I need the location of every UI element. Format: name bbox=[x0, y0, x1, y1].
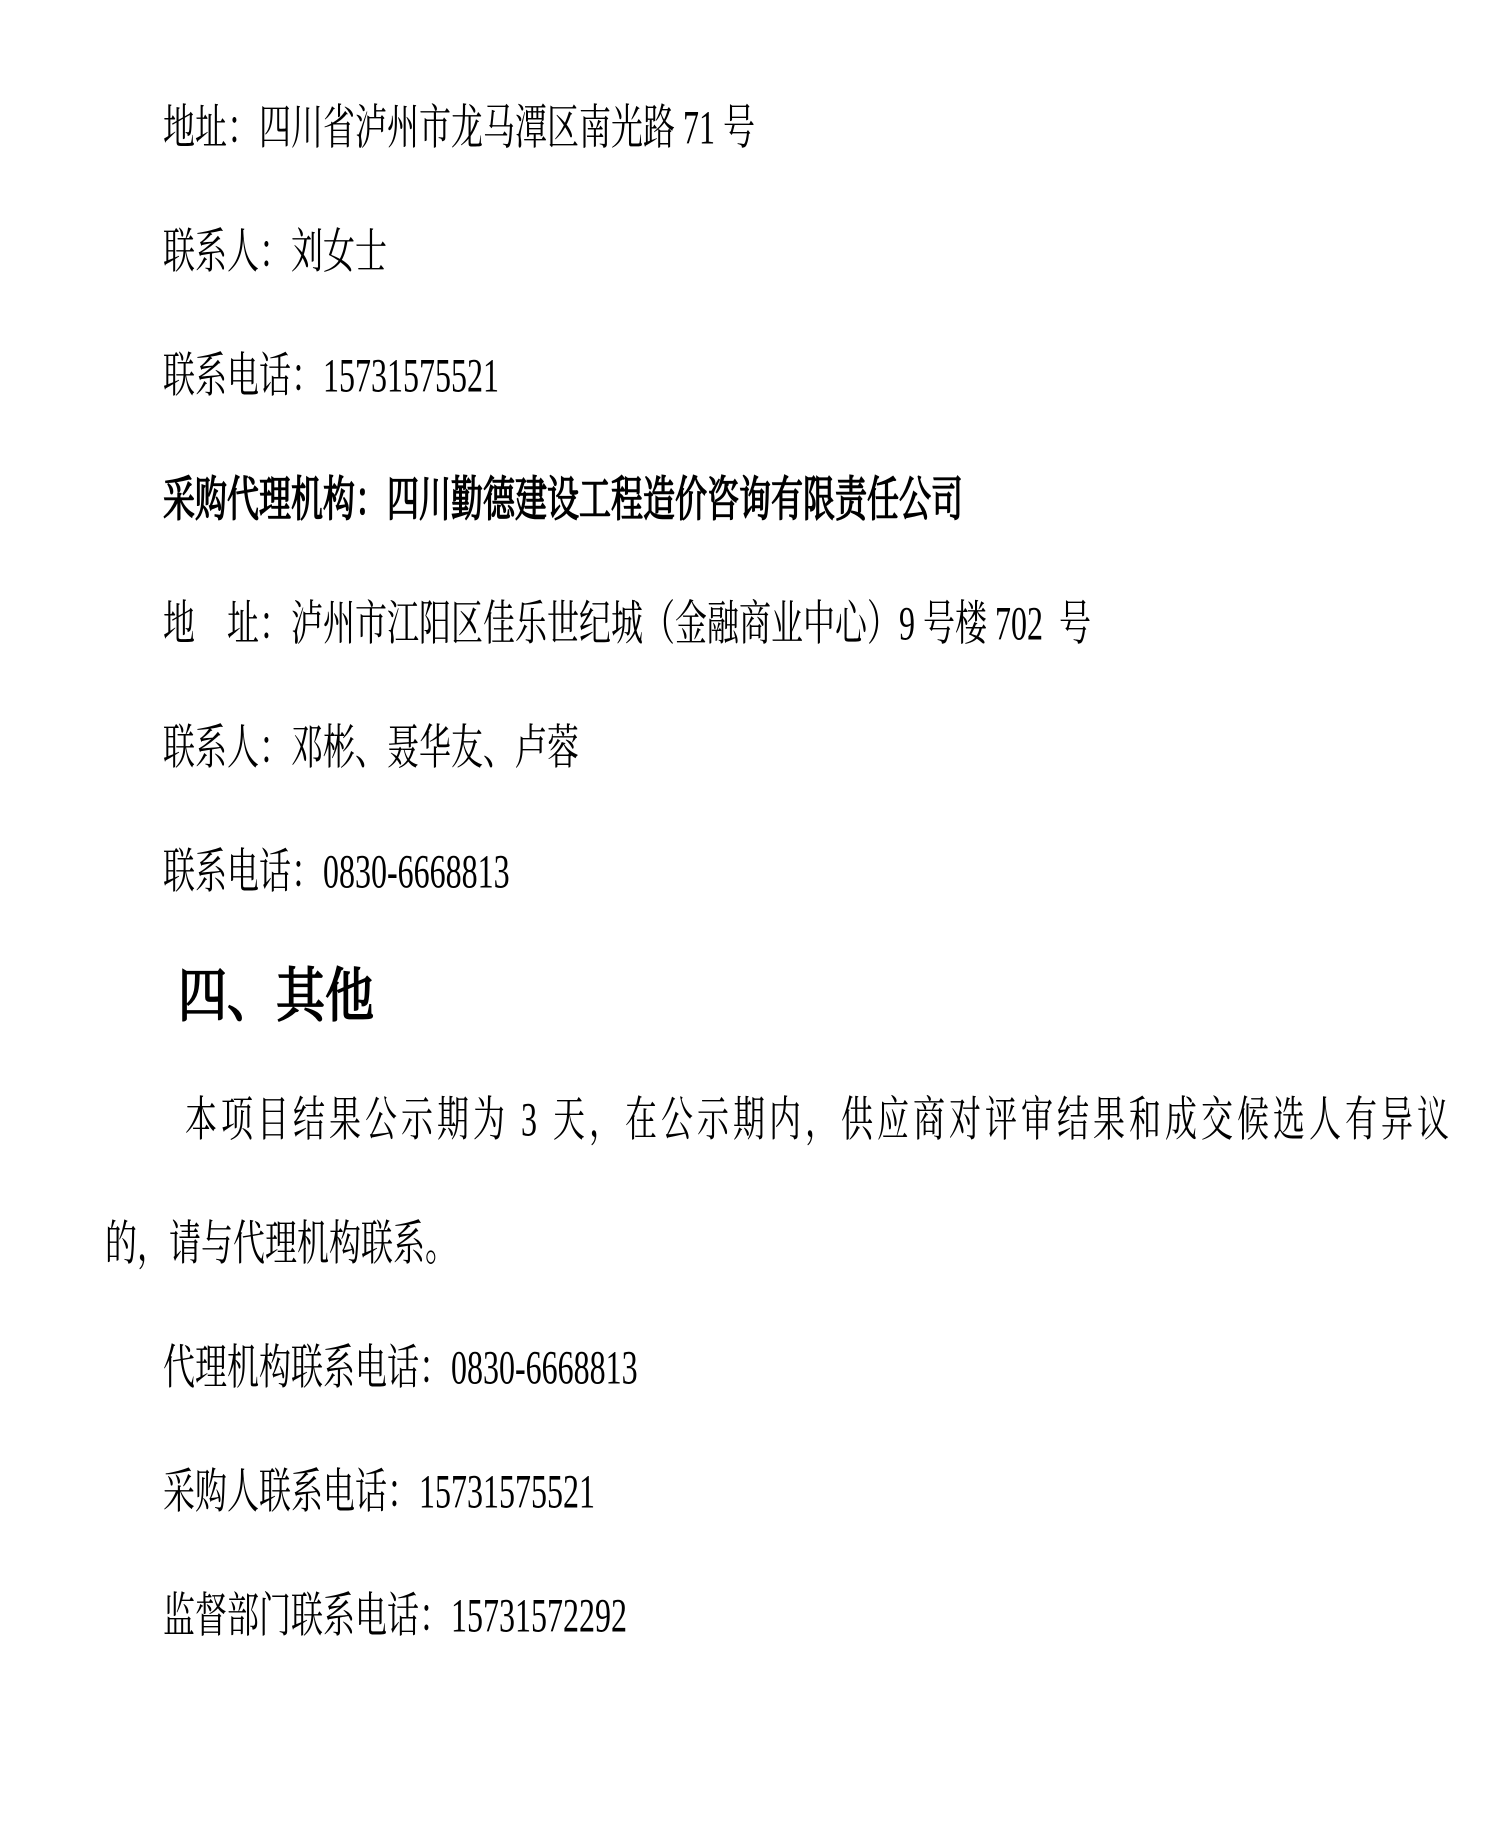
agency-contact-line: 联系人：邓彬、聂华友、卢蓉 bbox=[0, 682, 1500, 806]
supervisor-phone-text: 监督部门联系电话：15731572292 bbox=[163, 1578, 627, 1647]
supervisor-phone-line: 监督部门联系电话：15731572292 bbox=[0, 1550, 1500, 1674]
agency-address-line: 地 址：泸州市江阳区佳乐世纪城（金融商业中心）9 号楼 702 号 bbox=[0, 558, 1500, 682]
agency-phone-text: 联系电话：0830-6668813 bbox=[163, 834, 510, 903]
notice-paragraph-line-2: 的，请与代理机构联系。 bbox=[0, 1178, 1500, 1302]
purchaser-address-line: 地址：四川省泸州市龙马潭区南光路 71 号 bbox=[0, 62, 1500, 186]
purchaser-contact-phone-text: 采购人联系电话：15731575521 bbox=[163, 1454, 595, 1523]
purchaser-phone-text: 联系电话：15731575521 bbox=[163, 338, 499, 407]
agency-contact-phone-line: 代理机构联系电话：0830-6668813 bbox=[0, 1302, 1500, 1426]
agency-title-line: 采购代理机构：四川勤德建设工程造价咨询有限责任公司 bbox=[0, 434, 1500, 558]
notice-paragraph-text-2: 的，请与代理机构联系。 bbox=[105, 1206, 457, 1275]
agency-contact-phone-text: 代理机构联系电话：0830-6668813 bbox=[163, 1330, 638, 1399]
agency-phone-line: 联系电话：0830-6668813 bbox=[0, 806, 1500, 930]
purchaser-phone-line: 联系电话：15731575521 bbox=[0, 310, 1500, 434]
purchaser-address-text: 地址：四川省泸州市龙马潭区南光路 71 号 bbox=[163, 90, 755, 159]
section-heading-text: 四、其他 bbox=[178, 950, 374, 1034]
document-page: 地址：四川省泸州市龙马潭区南光路 71 号 联系人：刘女士 联系电话：15731… bbox=[0, 0, 1500, 1674]
agency-contact-text: 联系人：邓彬、聂华友、卢蓉 bbox=[163, 710, 579, 779]
notice-paragraph-text-1: 本项目结果公示期为 3 天，在公示期内，供应商对评审结果和成交候选人有异议 bbox=[185, 1082, 1453, 1151]
purchaser-contact-line: 联系人：刘女士 bbox=[0, 186, 1500, 310]
agency-address-text: 地 址：泸州市江阳区佳乐世纪城（金融商业中心）9 号楼 702 号 bbox=[163, 586, 1091, 655]
purchaser-contact-text: 联系人：刘女士 bbox=[163, 214, 387, 283]
section-heading: 四、其他 bbox=[0, 930, 1500, 1054]
agency-title-text: 采购代理机构：四川勤德建设工程造价咨询有限责任公司 bbox=[163, 462, 963, 531]
notice-paragraph-line-1: 本项目结果公示期为 3 天，在公示期内，供应商对评审结果和成交候选人有异议 bbox=[0, 1054, 1500, 1178]
purchaser-contact-phone-line: 采购人联系电话：15731575521 bbox=[0, 1426, 1500, 1550]
